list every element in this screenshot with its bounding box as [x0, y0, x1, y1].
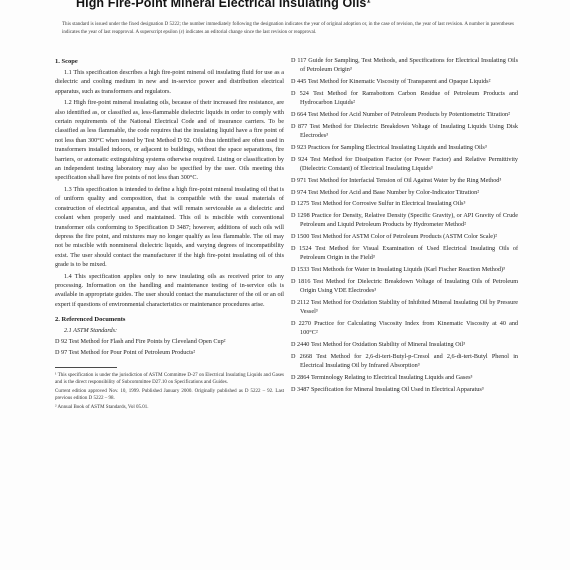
standard-title: Practices for Sampling Electrical Insula… [308, 144, 487, 151]
standard-title: Test Method for Oxidation Stability of M… [311, 341, 465, 348]
reference-item: D 1816 Test Method for Dielectric Breakd… [291, 277, 518, 296]
footnote-edition: Current edition approved Nov. 10, 1999. … [55, 388, 284, 402]
standard-title: Test Method for Visual Examination of Us… [300, 245, 518, 261]
standard-title: Specification for Mineral Insulating Oil… [311, 386, 484, 393]
reference-item: D 2668 Test Method for 2,6-di-tert-Butyl… [291, 352, 518, 371]
standard-title: Test Method for Kinematic Viscosity of T… [308, 78, 491, 85]
scope-paragraph-1-2: 1.2 High fire-point mineral insulating o… [55, 98, 284, 183]
standard-designation: D 1298 [291, 212, 310, 219]
scope-paragraph-1-4: 1.4 This specification applies only to n… [55, 272, 284, 310]
column-right: D 117 Guide for Sampling, Test Methods, … [291, 56, 518, 570]
standard-designation: D 524 [291, 90, 309, 97]
standard-designation: D 877 [291, 123, 307, 130]
reference-item: D 974 Test Method for Acid and Base Numb… [291, 188, 518, 197]
standard-designation: D 1275 [291, 200, 309, 207]
reference-item: D 664 Test Method for Acid Number of Pet… [291, 110, 518, 119]
standard-designation: D 1816 [291, 278, 310, 285]
reference-item: D 923 Practices for Sampling Electrical … [291, 143, 518, 152]
standard-designation: D 924 [291, 156, 307, 163]
reference-item: D 1533 Test Methods for Water in Insulat… [291, 265, 518, 274]
standard-designation: D 117 [291, 57, 306, 64]
standard-title: Test Method for Pour Point of Petroleum … [69, 349, 195, 356]
standard-title: Test Method for ASTM Color of Petroleum … [311, 233, 497, 240]
standard-designation: D 445 [291, 78, 306, 85]
reference-item: D 1500 Test Method for ASTM Color of Pet… [291, 232, 518, 241]
reference-item: D 3487 Specification for Mineral Insulat… [291, 385, 518, 394]
standard-title: Test Method for Acid and Base Number by … [308, 189, 479, 196]
reference-item: D 92 Test Method for Flash and Fire Poin… [55, 337, 284, 346]
reference-item: D 1524 Test Method for Visual Examinatio… [291, 244, 518, 263]
reference-item: D 2440 Test Method for Oxidation Stabili… [291, 340, 518, 349]
reference-item: D 2270 Practice for Calculating Viscosit… [291, 319, 518, 338]
reference-item: D 117 Guide for Sampling, Test Methods, … [291, 56, 518, 75]
standard-title: Terminology Relating to Electrical Insul… [311, 374, 472, 381]
reference-item: D 1275 Test Method for Corrosive Sulfur … [291, 199, 518, 208]
reference-item: D 877 Test Method for Dielectric Breakdo… [291, 122, 518, 141]
standard-title: Test Method for 2,6-di-tert-Butyl-p-Cres… [300, 353, 518, 369]
standard-designation: D 2440 [291, 341, 309, 348]
standard-title: Test Method for Acid Number of Petroleum… [308, 111, 510, 118]
reference-item: D 2864 Terminology Relating to Electrica… [291, 373, 518, 382]
standard-designation: D 2270 [291, 320, 311, 327]
standard-designation: D 971 [291, 177, 306, 184]
standard-title: Test Methods for Water in Insulating Liq… [311, 266, 505, 273]
standard-title: Practice for Density, Relative Density (… [300, 212, 518, 228]
standard-title: Practice for Calculating Viscosity Index… [300, 320, 518, 336]
document-page: High Fire-Point Mineral Electrical Insul… [0, 0, 570, 570]
standard-designation: D 2112 [291, 299, 309, 306]
scope-paragraph-1-1: 1.1 This specification describes a high … [55, 68, 284, 96]
reference-item: D 2112 Test Method for Oxidation Stabili… [291, 298, 518, 317]
reference-item: D 924 Test Method for Dissipation Factor… [291, 155, 518, 174]
standard-designation: D 1533 [291, 266, 309, 273]
standard-designation: D 92 [55, 338, 67, 345]
standard-title: Test Method for Flash and Fire Points by… [69, 338, 226, 345]
footnote-rule [55, 367, 117, 368]
reference-item: D 524 Test Method for Ramsbottom Carbon … [291, 89, 518, 108]
standard-designation: D 2668 [291, 353, 312, 360]
standard-designation: D 3487 [291, 386, 309, 393]
reference-item: D 97 Test Method for Pour Point of Petro… [55, 348, 284, 357]
standard-designation: D 97 [55, 349, 67, 356]
standard-designation: D 2864 [291, 374, 309, 381]
standard-title: Test Method for Dissipation Factor (or P… [300, 156, 518, 172]
astm-standards-subheading: 2.1 ASTM Standards: [55, 326, 284, 335]
reference-item: D 1298 Practice for Density, Relative De… [291, 211, 518, 230]
referenced-documents-heading: 2. Referenced Documents [55, 316, 284, 323]
designation-note: This standard is issued under the fixed … [62, 21, 514, 37]
standard-title: Guide for Sampling, Test Methods, and Sp… [300, 57, 518, 73]
footnote-volume: ² Annual Book of ASTM Standards, Vol 05.… [55, 404, 284, 411]
reference-item: D 971 Test Method for Interfacial Tensio… [291, 176, 518, 185]
reference-item: D 445 Test Method for Kinematic Viscosit… [291, 77, 518, 86]
scope-section-heading: 1. Scope [55, 58, 284, 65]
scope-paragraph-1-3: 1.3 This specification is intended to de… [55, 185, 284, 270]
standard-title: Test Method for Corrosive Sulfur in Elec… [311, 200, 465, 207]
footnote-area: ¹ This specification is under the jurisd… [55, 367, 284, 411]
standard-title: Test Method for Dielectric Breakdown Vol… [300, 123, 518, 139]
standard-designation: D 974 [291, 189, 306, 196]
standard-title: Test Method for Interfacial Tension of O… [308, 177, 501, 184]
column-left: 1. Scope 1.1 This specification describe… [55, 56, 284, 570]
standard-designation: D 1500 [291, 233, 309, 240]
standard-title: Test Method for Ramsbottom Carbon Residu… [300, 90, 518, 106]
standard-designation: D 923 [291, 144, 306, 151]
standard-title: Test Method for Dielectric Breakdown Vol… [300, 278, 518, 294]
footnote-jurisdiction: ¹ This specification is under the jurisd… [55, 372, 284, 386]
standard-designation: D 1524 [291, 245, 312, 252]
document-title: High Fire-Point Mineral Electrical Insul… [76, 0, 536, 10]
standard-title: Test Method for Oxidation Stability of I… [300, 299, 518, 315]
standard-designation: D 664 [291, 111, 306, 118]
